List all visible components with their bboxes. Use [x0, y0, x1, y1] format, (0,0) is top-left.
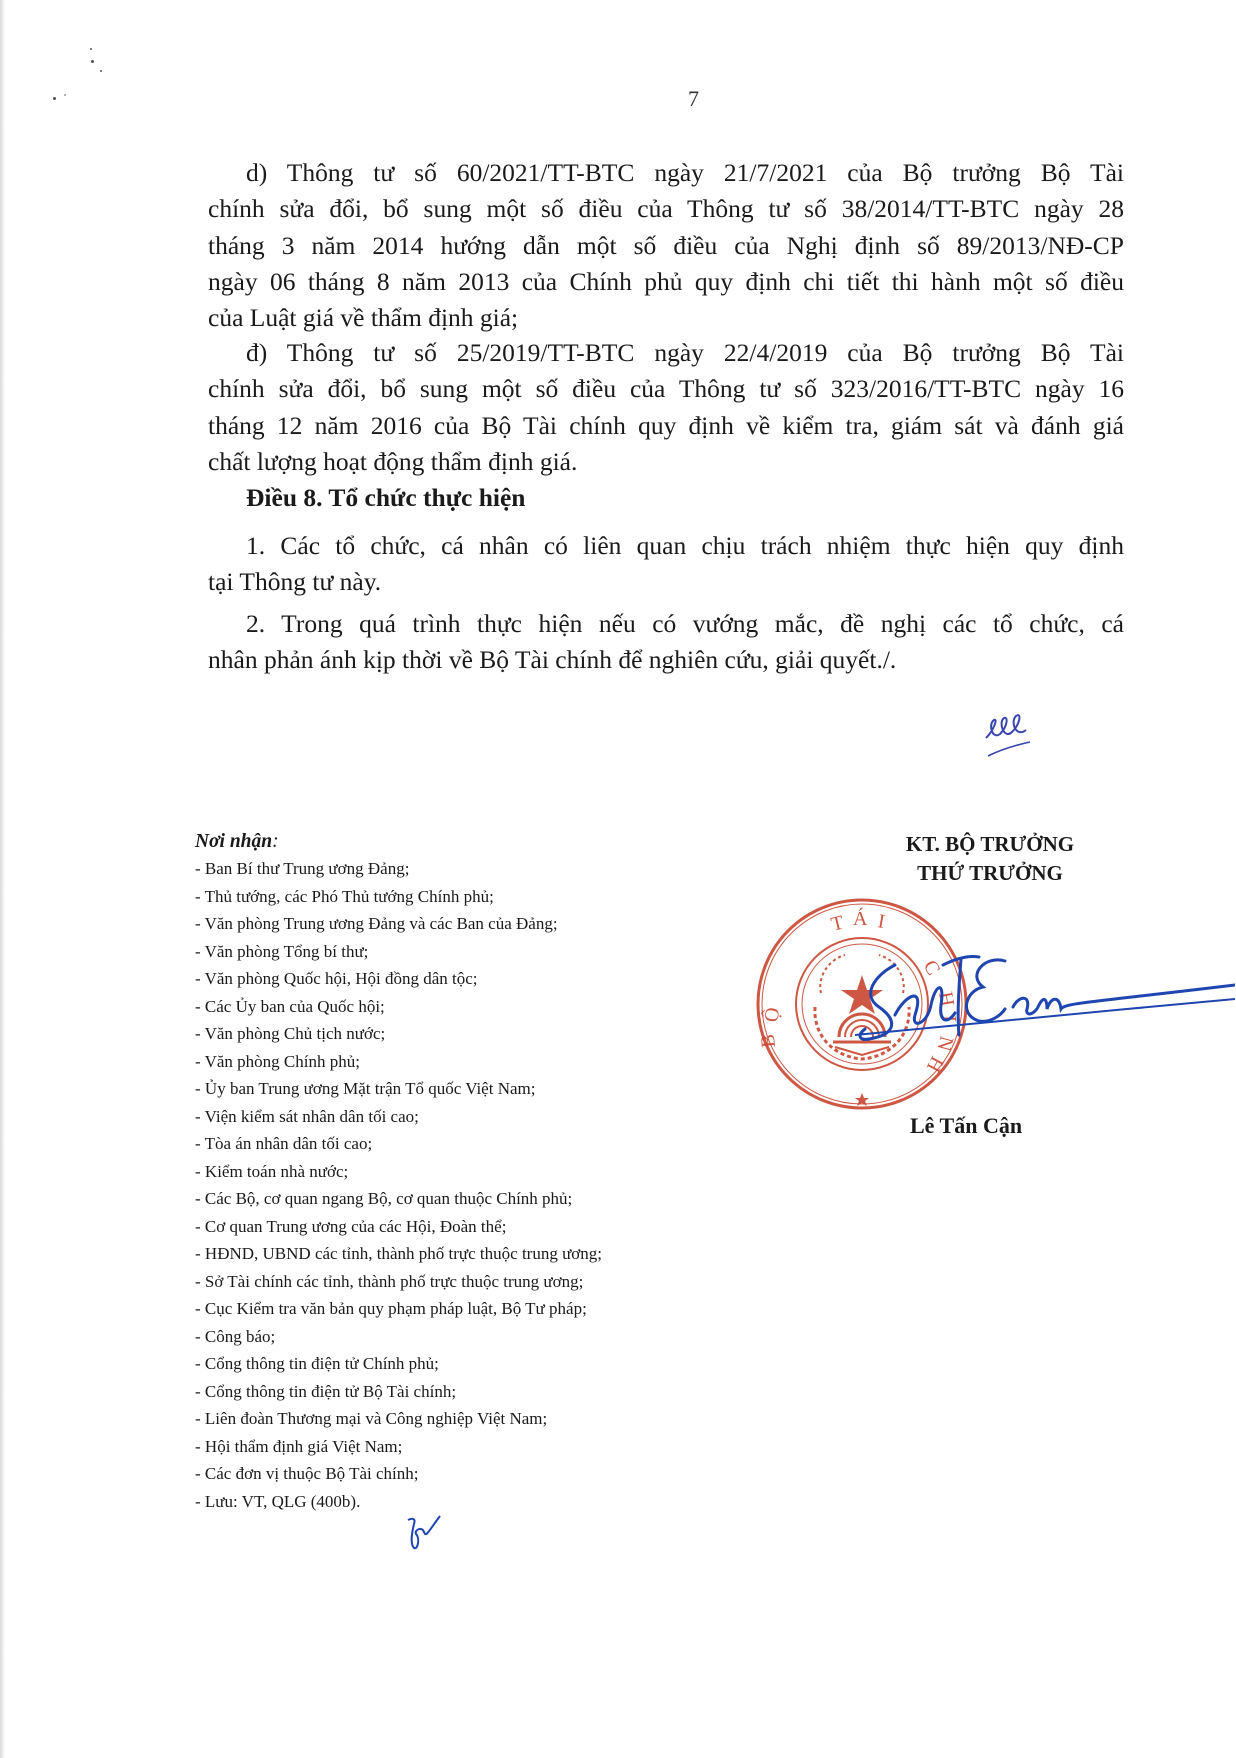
- scan-speck: [91, 60, 94, 63]
- recipient-item: - HĐND, UBND các tỉnh, thành phố trực th…: [195, 1240, 602, 1268]
- paragraph-line: d) Thông tư số 60/2021/TT-BTC ngày 21/7/…: [208, 155, 1124, 191]
- scan-speck: [64, 94, 66, 96]
- paragraph-line: chính sửa đổi, bổ sung một số điều của T…: [208, 191, 1124, 227]
- handwritten-initials-icon: [402, 1512, 446, 1556]
- handwritten-signature-icon: [855, 925, 1235, 1055]
- recipient-item: - Cổng thông tin điện tử Bộ Tài chính;: [195, 1378, 602, 1406]
- recipient-item: - Văn phòng Trung ương Đảng và các Ban c…: [195, 910, 602, 938]
- article-8: Điều 8. Tổ chức thực hiện: [208, 480, 1124, 516]
- recipient-item: - Hội thẩm định giá Việt Nam;: [195, 1433, 602, 1461]
- recipients-title-colon: :: [272, 831, 279, 852]
- paragraph-line: tháng 3 năm 2014 hướng dẫn một số điều c…: [208, 228, 1124, 264]
- seal-text-top: T: [829, 912, 846, 936]
- paragraph-line: của Luật giá về thẩm định giá;: [208, 300, 1124, 336]
- recipient-item: - Viện kiểm sát nhân dân tối cao;: [195, 1103, 602, 1131]
- recipient-item: - Ban Bí thư Trung ương Đảng;: [195, 855, 602, 883]
- article-clause-1: 1. Các tổ chức, cá nhân có liên quan chị…: [208, 528, 1124, 601]
- recipient-item: - Cục Kiểm tra văn bản quy phạm pháp luậ…: [195, 1295, 602, 1323]
- signer-role-line-2: THỨ TRƯỞNG: [870, 859, 1110, 888]
- recipient-item: - Cơ quan Trung ương của các Hội, Đoàn t…: [195, 1213, 602, 1241]
- paragraph-item-dd: đ) Thông tư số 25/2019/TT-BTC ngày 22/4/…: [208, 335, 1124, 480]
- clause-line: 1. Các tổ chức, cá nhân có liên quan chị…: [208, 528, 1124, 564]
- recipient-item: - Công báo;: [195, 1323, 602, 1351]
- recipient-item: - Văn phòng Quốc hội, Hội đồng dân tộc;: [195, 965, 602, 993]
- svg-text:H: H: [922, 1053, 948, 1076]
- paragraph-item-d: d) Thông tư số 60/2021/TT-BTC ngày 21/7/…: [208, 155, 1124, 336]
- recipient-item: - Tòa án nhân dân tối cao;: [195, 1130, 602, 1158]
- paragraph-line: chất lượng hoạt động thẩm định giá.: [208, 444, 1124, 480]
- scan-speck: [53, 97, 56, 100]
- svg-text:B: B: [757, 1033, 780, 1048]
- article-clause-2: 2. Trong quá trình thực hiện nếu có vướn…: [208, 606, 1124, 679]
- article-heading: Điều 8. Tổ chức thực hiện: [208, 480, 1124, 516]
- clause-line: tại Thông tư này.: [208, 564, 1124, 600]
- recipient-item: - Văn phòng Chính phủ;: [195, 1048, 602, 1076]
- clause-line: 2. Trong quá trình thực hiện nếu có vướn…: [208, 606, 1124, 642]
- handwritten-initials-icon: [982, 708, 1042, 760]
- recipient-item: - Lưu: VT, QLG (400b).: [195, 1488, 602, 1516]
- recipient-item: - Văn phòng Chủ tịch nước;: [195, 1020, 602, 1048]
- recipient-item: - Ủy ban Trung ương Mặt trận Tổ quốc Việ…: [195, 1075, 602, 1103]
- recipient-item: - Các Ủy ban của Quốc hội;: [195, 993, 602, 1021]
- paragraph-line: đ) Thông tư số 25/2019/TT-BTC ngày 22/4/…: [208, 335, 1124, 371]
- recipient-item: - Thủ tướng, các Phó Thủ tướng Chính phủ…: [195, 883, 602, 911]
- paragraph-line: tháng 12 năm 2016 của Bộ Tài chính quy đ…: [208, 408, 1124, 444]
- signature-block: KT. BỘ TRƯỞNG THỨ TRƯỞNG: [870, 830, 1110, 888]
- scan-speck: [90, 48, 92, 50]
- recipient-item: - Các Bộ, cơ quan ngang Bộ, cơ quan thuộ…: [195, 1185, 602, 1213]
- scan-edge: [0, 0, 5, 1758]
- recipient-item: - Cổng thông tin điện tử Chính phủ;: [195, 1350, 602, 1378]
- paragraph-line: chính sửa đổi, bổ sung một số điều của T…: [208, 371, 1124, 407]
- recipient-item-text: - Lưu: VT, QLG (400b).: [195, 1492, 360, 1511]
- recipient-item: - Kiểm toán nhà nước;: [195, 1158, 602, 1186]
- svg-text:Ộ: Ộ: [758, 1005, 784, 1023]
- recipient-item: - Sở Tài chính các tỉnh, thành phố trực …: [195, 1268, 602, 1296]
- signer-name: Lê Tấn Cận: [910, 1113, 1022, 1139]
- recipients-title-text: Nơi nhận: [195, 831, 272, 852]
- recipient-item: - Văn phòng Tổng bí thư;: [195, 938, 602, 966]
- recipient-item: - Liên đoàn Thương mại và Công nghiệp Vi…: [195, 1405, 602, 1433]
- recipients-title: Nơi nhận:: [195, 828, 602, 855]
- recipients-list: Nơi nhận: - Ban Bí thư Trung ương Đảng; …: [195, 828, 602, 1515]
- clause-line: nhân phản ánh kịp thời về Bộ Tài chính đ…: [208, 642, 1124, 678]
- recipient-item: - Các đơn vị thuộc Bộ Tài chính;: [195, 1460, 602, 1488]
- scan-speck: [100, 70, 102, 72]
- paragraph-line: ngày 06 tháng 8 năm 2013 của Chính phủ q…: [208, 264, 1124, 300]
- page-number: 7: [688, 86, 699, 112]
- signer-role-line-1: KT. BỘ TRƯỞNG: [870, 830, 1110, 859]
